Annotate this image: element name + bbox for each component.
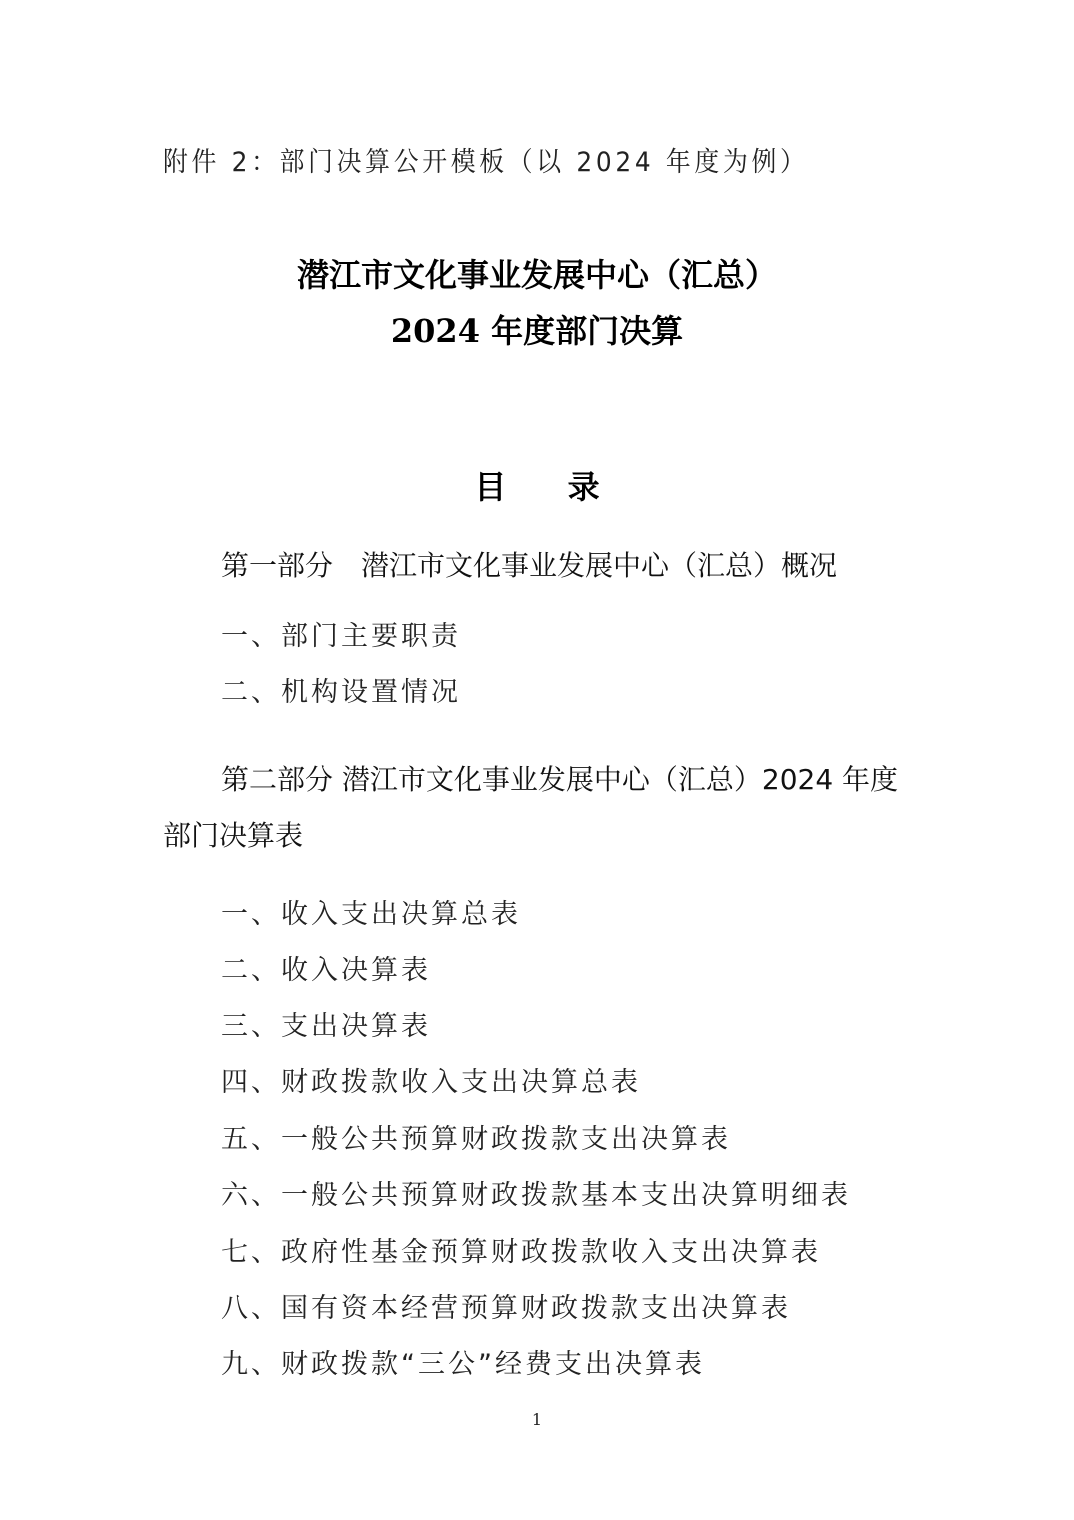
toc-item: 一、部门主要职责 [221,614,461,653]
toc-item: 七、政府性基金预算财政拨款收入支出决算表 [221,1230,821,1269]
document-title-line2: 2024 年度部门决算 [0,306,1074,352]
attachment-label: 附件 2：部门决算公开模板（以 2024 年度为例） [163,140,809,179]
document-title-line1: 潜江市文化事业发展中心（汇总） [0,250,1074,296]
page-number: 1 [0,1410,1074,1429]
toc-item: 五、一般公共预算财政拨款支出决算表 [221,1117,731,1156]
toc-heading: 目 录 [0,462,1074,508]
toc-item: 八、国有资本经营预算财政拨款支出决算表 [221,1286,791,1325]
toc-item: 四、财政拨款收入支出决算总表 [221,1060,641,1099]
toc-item: 二、收入决算表 [221,948,431,987]
toc-item: 二、机构设置情况 [221,670,461,709]
toc-item: 六、一般公共预算财政拨款基本支出决算明细表 [221,1173,851,1212]
toc-part2-heading-line1: 第二部分 潜江市文化事业发展中心（汇总）2024 年度 [221,758,898,798]
toc-item: 三、支出决算表 [221,1004,431,1043]
toc-part2-heading-line2: 部门决算表 [163,814,303,854]
toc-part1-heading: 第一部分 潜江市文化事业发展中心（汇总）概况 [221,544,837,584]
toc-item: 一、收入支出决算总表 [221,892,521,931]
toc-item: 九、财政拨款“三公”经费支出决算表 [221,1342,705,1381]
